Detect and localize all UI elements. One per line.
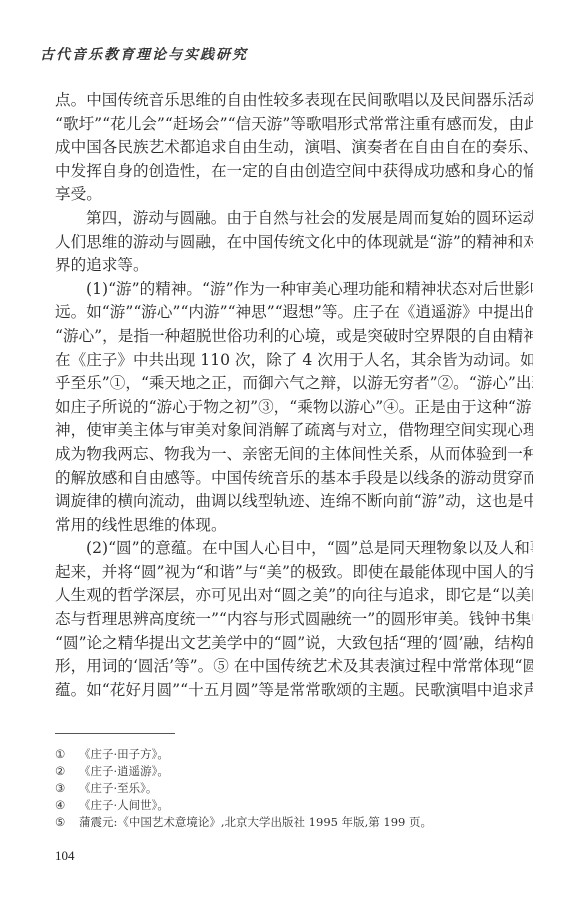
page-number: 104	[55, 848, 75, 864]
body-line: 蕴。如“花好月圆”“十五月圆”等是常常歌颂的主题。民歌演唱中追求声音的	[55, 679, 533, 703]
footnote-number: ⑤	[55, 814, 79, 831]
body-line: 常用的线性思维的体现。	[55, 514, 533, 538]
body-line: 乎至乐”①，“乘天地之正，而御六气之辩，以游无穷者”②。“游心”出现过 6 次，	[55, 372, 533, 396]
body-line: 在《庄子》中共出现 110 次，除了 4 次用于人名，其余皆为动词。如“得至美而…	[55, 349, 533, 373]
footnote: ②《庄子·逍遥游》。	[55, 763, 525, 780]
body-line: (1)“游”的精神。“游”作为一种审美心理功能和精神状态对后世影响深	[55, 278, 533, 302]
body-line: 形，用词的‘圆活’等”。⑤ 在中国传统艺术及其表演过程中常常体现“圆”的意	[55, 655, 533, 679]
footnote-rule	[55, 733, 175, 734]
footnote-text: 《庄子·人间世》。	[79, 798, 169, 812]
footnote-text: 《庄子·逍遥游》。	[79, 764, 169, 778]
footnote: ④《庄子·人间世》。	[55, 797, 525, 814]
body-line: 起来，并将“圆”视为“和谐”与“美”的极致。即使在最能体现中国人的宇宙观、	[55, 561, 533, 585]
body-line: 享受。	[55, 183, 533, 207]
footnote-text: 《庄子·田子方》。	[79, 747, 169, 761]
footnote-number: ④	[55, 797, 79, 814]
body-line: 第四，游动与圆融。由于自然与社会的发展是周而复始的圆环运动，决定了	[55, 207, 533, 231]
footnote-text: 《庄子·至乐》。	[79, 781, 157, 795]
body-line: “圆”论之精华提出文艺美学中的“圆”说，大致包括“理的‘圆’融，结构的‘圆’	[55, 632, 533, 656]
footnote-number: ③	[55, 780, 79, 797]
body-line: 态与哲理思辨高度统一”“内容与形式圆融统一”的圆形审美。钱钟书集中外	[55, 608, 533, 632]
body-line: 神，使审美主体与审美对象间消解了疏离与对立，借物理空间实现心理自由，而	[55, 419, 533, 443]
footnote-number: ②	[55, 763, 79, 780]
body-line: 点。中国传统音乐思维的自由性较多表现在民间歌唱以及民间器乐活动中。如	[55, 89, 533, 113]
body-line: 调旋律的横向流动，曲调以线型轨迹、连绵不断向前“游”动，这也是中国音乐最	[55, 490, 533, 514]
body-line: “歌圩”“花儿会”“赶场会”“信天游”等歌唱形式常常注重有感而发，由此而形	[55, 113, 533, 137]
body-line: 如庄子所说的“游心于物之初”③，“乘物以游心”④。正是由于这种“游”的精	[55, 396, 533, 420]
body-line: (2)“圆”的意蕴。在中国人心目中，“圆”总是同天理物象以及人和事联系	[55, 537, 533, 561]
footnote-text: 蒲震元:《中国艺术意境论》,北京大学出版社 1995 年版,第 199 页。	[79, 815, 432, 829]
body-line: 人生观的哲学深层，亦可见出对“圆之美”的向往与追求，即它是“以美的表现形	[55, 584, 533, 608]
body-line: 中发挥自身的创造性，在一定的自由创造空间中获得成功感和身心的愉悦及	[55, 160, 533, 184]
body-line: 界的追求等。	[55, 254, 533, 278]
running-head: 古代音乐教育理论与实践研究	[40, 44, 248, 64]
body-line: 的解放感和自由感等。中国传统音乐的基本手段是以线条的游动贯穿而成，强	[55, 467, 533, 491]
body-line: “游心”，是指一种超脱世俗功利的心境，或是突破时空界限的自由精神。“游”	[55, 325, 533, 349]
footnote: ③《庄子·至乐》。	[55, 780, 525, 797]
footnote: ⑤蒲震元:《中国艺术意境论》,北京大学出版社 1995 年版,第 199 页。	[55, 814, 525, 831]
footnote-number: ①	[55, 746, 79, 763]
body-text: 点。中国传统音乐思维的自由性较多表现在民间歌唱以及民间器乐活动中。如“歌圩”“花…	[55, 89, 533, 702]
footnotes: ①《庄子·田子方》。②《庄子·逍遥游》。③《庄子·至乐》。④《庄子·人间世》。⑤…	[55, 746, 525, 831]
footnote: ①《庄子·田子方》。	[55, 746, 525, 763]
body-line: 成中国各民族艺术都追求自由生动，演唱、演奏者在自由自在的奏乐、用乐过程	[55, 136, 533, 160]
body-line: 成为物我两忘、物我为一、亲密无间的主体间性关系，从而体验到一种忘怀一切	[55, 443, 533, 467]
body-line: 人们思维的游动与圆融，在中国传统文化中的体现就是“游”的精神和对圆满境	[55, 231, 533, 255]
body-line: 远。如“游”“游心”“内游”“神思”“遐想”等。庄子在《逍遥游》中提出的“游”	[55, 301, 533, 325]
